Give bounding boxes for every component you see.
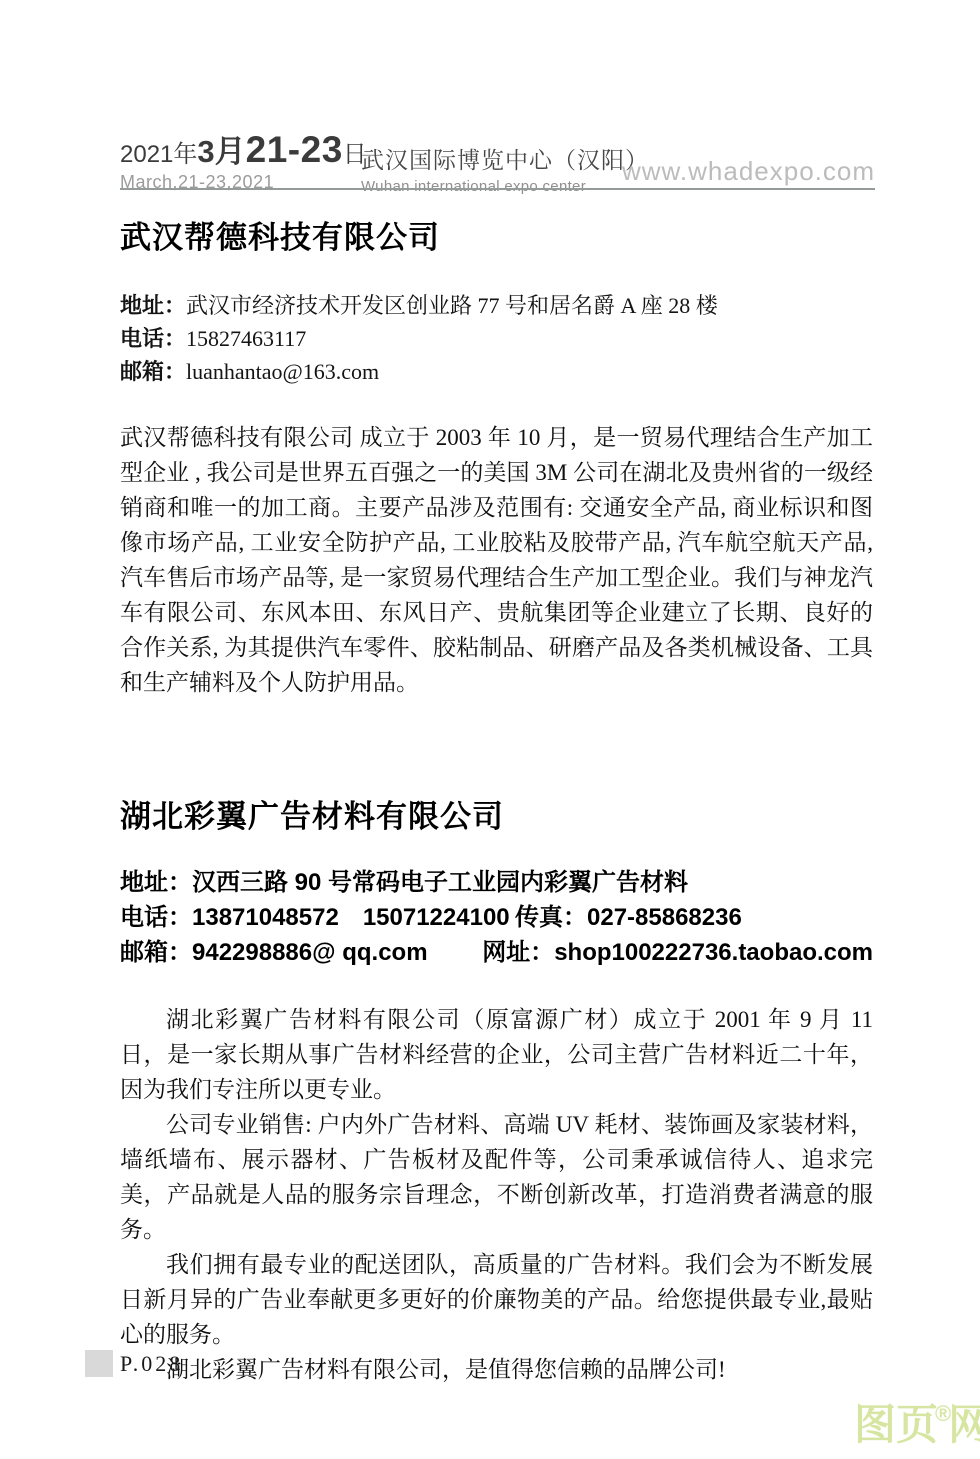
page-header: 2021年3月21-23日 March,21-23,2021 武汉国际博览中心（… [120,126,875,186]
contact-row-email-web: 邮箱： 942298886@ qq.com 网址： shop100222736.… [120,935,873,970]
description-paragraph: 公司专业销售: 户内外广告材料、高端 UV 耗材、装饰画及家装材料，墙纸墙布、展… [120,1107,873,1247]
company-description: 湖北彩翼广告材料有限公司（原富源广材）成立于 2001 年 9 月 11 日，是… [120,1002,873,1387]
page: 2021年3月21-23日 March,21-23,2021 武汉国际博览中心（… [0,0,980,1459]
company-description: 武汉帮德科技有限公司 成立于 2003 年 10 月，是一贸易代理结合生产加工型… [120,420,873,700]
description-paragraph: 我们拥有最专业的配送团队，高质量的广告材料。我们会为不断发展日新月异的广告业奉献… [120,1247,873,1352]
contact-label: 传真： [515,900,587,935]
contact-value: shop100222736.taobao.com [554,935,873,970]
contact-list: 地址： 武汉市经济技术开发区创业路 77 号和居名爵 A 座 28 楼 电话： … [120,289,873,388]
contact-cell: 传真： 027-85868236 [515,900,742,935]
company-profile-2: 湖北彩翼广告材料有限公司 地址： 汉西三路 90 号常码电子工业园内彩翼广告材料… [120,800,873,1387]
venue-name-en: Wuhan international expo center [361,178,649,195]
contact-label: 邮箱： [120,355,186,388]
page-footer: P.028 [85,1350,183,1377]
contact-cell: 地址： 汉西三路 90 号常码电子工业园内彩翼广告材料 [120,865,515,900]
description-paragraph: 武汉帮德科技有限公司 成立于 2003 年 10 月，是一贸易代理结合生产加工型… [120,420,873,700]
contact-row-address: 地址： 汉西三路 90 号常码电子工业园内彩翼广告材料 [120,865,873,900]
contact-label: 邮箱： [120,935,192,970]
company-profile-1: 武汉帮德科技有限公司 地址： 武汉市经济技术开发区创业路 77 号和居名爵 A … [120,221,873,700]
page-number: P.028 [120,1351,183,1377]
contact-value: 13871048572 15071224100 [192,900,510,935]
company-name: 武汉帮德科技有限公司 [120,221,873,255]
contact-cell: 邮箱： 942298886@ qq.com [120,935,482,970]
contact-cell: 电话： 13871048572 15071224100 [120,900,515,935]
venue-name-cn: 武汉国际博览中心（汉阳） [361,142,649,175]
contact-cell: 网址： shop100222736.taobao.com [482,935,873,970]
contact-row-phone: 电话： 15827463117 [120,322,873,355]
date-days: 21-23 [246,129,343,171]
contact-value: 武汉市经济技术开发区创业路 77 号和居名爵 A 座 28 楼 [186,289,718,322]
event-date: 2021年3月21-23日 March,21-23,2021 [120,126,367,193]
contact-label: 电话： [120,900,192,935]
website-url: www.whadexpo.com [622,156,875,187]
watermark-text-right: 网 [948,1401,980,1448]
contact-label: 地址： [120,289,186,322]
company-name: 湖北彩翼广告材料有限公司 [120,800,873,834]
contact-value: 027-85868236 [587,900,742,935]
contact-label: 地址： [120,865,192,900]
contact-row-phone-fax: 电话： 13871048572 15071224100 传真： 027-8586… [120,900,873,935]
contact-row-address: 地址： 武汉市经济技术开发区创业路 77 号和居名爵 A 座 28 楼 [120,289,873,322]
registered-trademark-icon: ® [935,1401,951,1426]
description-paragraph: 湖北彩翼广告材料有限公司（原富源广材）成立于 2001 年 9 月 11 日，是… [120,1002,873,1107]
watermark-text-left: 图页 [854,1401,938,1448]
contact-label: 电话： [120,322,186,355]
contact-row-email: 邮箱： luanhantao@163.com [120,355,873,388]
contact-label: 网址： [482,935,554,970]
date-year: 2021年 [120,134,197,169]
contact-list: 地址： 汉西三路 90 号常码电子工业园内彩翼广告材料 电话： 13871048… [120,865,873,970]
header-divider [120,188,875,190]
watermark-logo: 图页®网 [854,1404,980,1446]
contact-value: luanhantao@163.com [186,355,379,388]
contact-value: 汉西三路 90 号常码电子工业园内彩翼广告材料 [192,865,688,900]
contact-value: 15827463117 [186,322,306,355]
footer-square-marker [85,1350,113,1377]
event-date-cn: 2021年3月21-23日 [120,126,367,171]
date-month: 3月 [197,126,245,171]
contact-value: 942298886@ qq.com [192,935,428,970]
description-paragraph: 湖北彩翼广告材料有限公司，是值得您信赖的品牌公司! [120,1352,873,1387]
